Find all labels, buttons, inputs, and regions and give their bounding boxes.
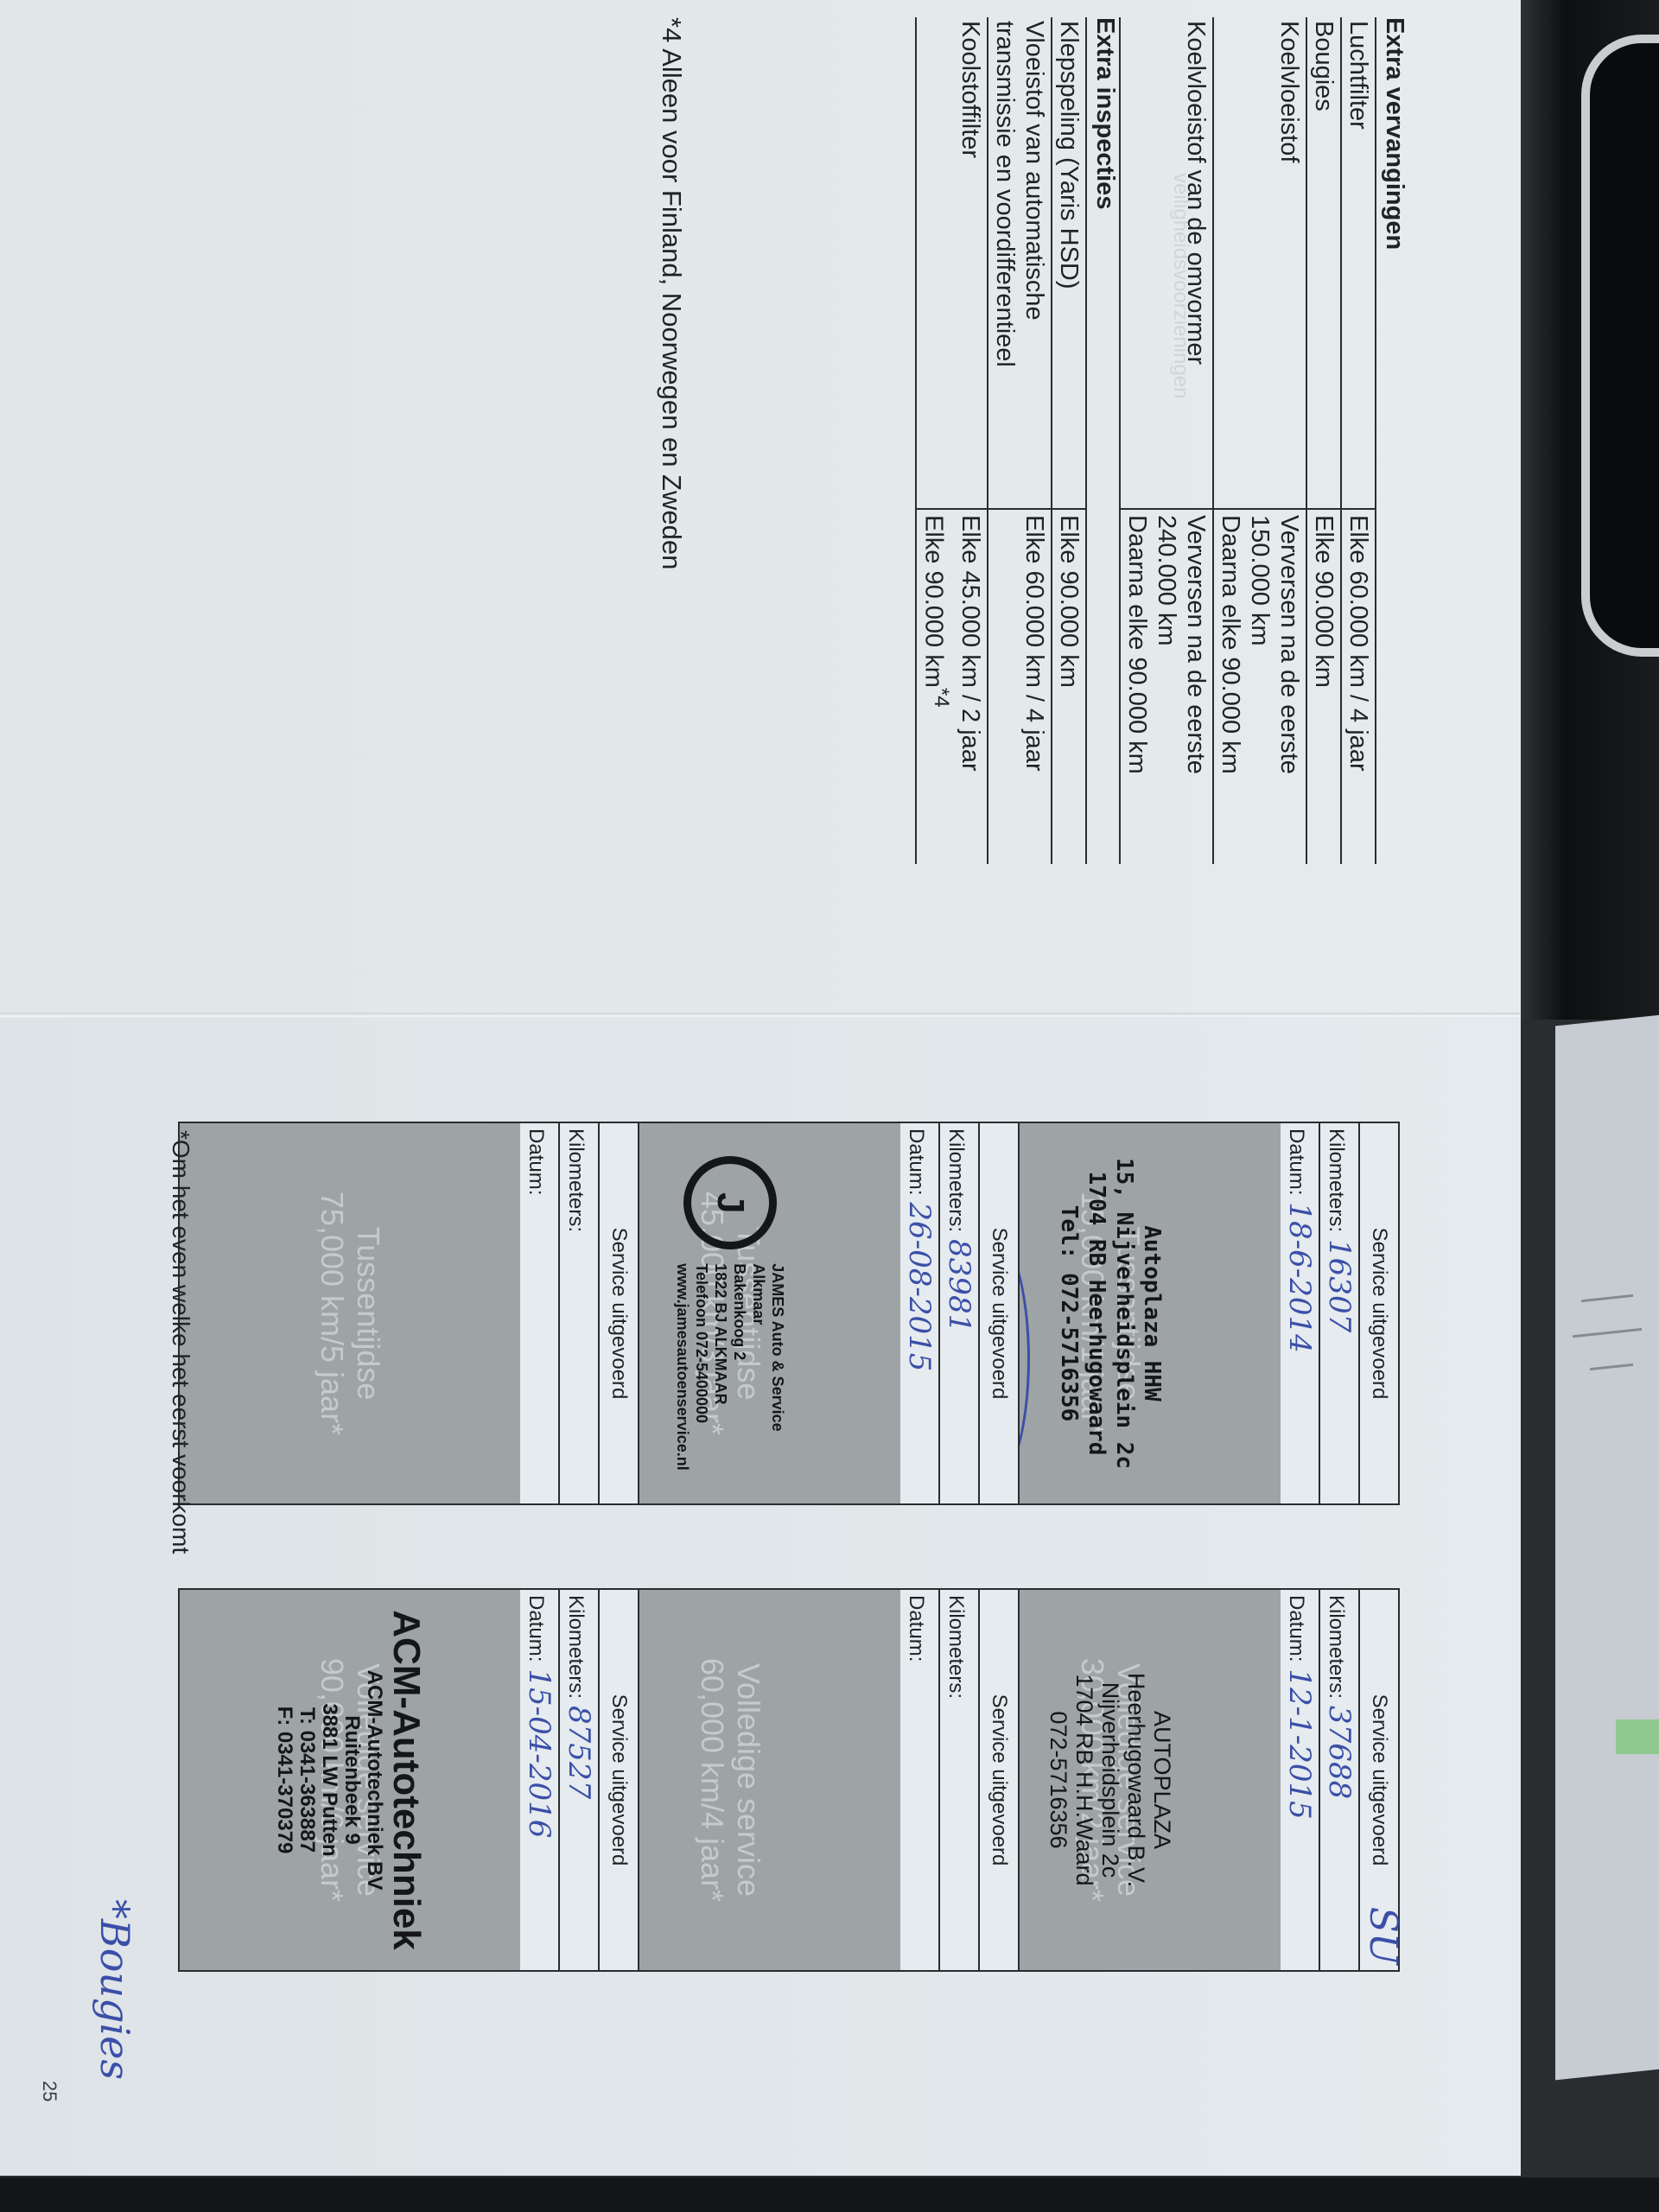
inspection-row: KoolstoffilterElke 45.000 km / 2 jaarElk… (915, 17, 988, 864)
item-name: Klepspeling (Yaris HSD) (1052, 17, 1085, 508)
kilometers-label: Kilometers: (564, 1595, 588, 1699)
date-label: Datum: (524, 1128, 548, 1195)
replacement-row: BougiesElke 90.000 km (1307, 17, 1342, 864)
item-name: Bougies (1307, 17, 1340, 508)
stamp-line: Ruitenbeek 9 (340, 1715, 363, 1844)
item-interval: Elke 90.000 km (1052, 508, 1085, 864)
stamp-line: Telefoon 072-5400000 (692, 1263, 711, 1470)
date-value: 18-6-2014 (1282, 1202, 1317, 1352)
stamp-line: T: 0341-363887 (296, 1707, 318, 1853)
dealer-logo-icon: J (683, 1156, 777, 1249)
kilometers-label: Kilometers: (1325, 1128, 1348, 1232)
date-field: Datum:26-08-2015 (899, 1123, 938, 1503)
service-record-box: Service uitgevoerdKilometers:Datum:Tusse… (178, 1122, 639, 1505)
date-value: 26-08-2015 (902, 1202, 937, 1371)
date-label: Datum: (524, 1595, 548, 1662)
item-interval: Verversen na de eerste 150.000 kmDaarna … (1214, 508, 1306, 864)
date-label: Datum: (905, 1595, 928, 1662)
item-interval: Elke 60.000 km / 4 jaar (988, 508, 1051, 864)
kilometers-label: Kilometers: (564, 1128, 588, 1232)
stamp-line: JAMES Auto & Service (768, 1263, 787, 1470)
kilometers-label: Kilometers: (1325, 1595, 1348, 1699)
service-header: Service uitgevoerd (598, 1590, 638, 1970)
kilometers-label: Kilometers: (944, 1595, 968, 1699)
date-field: Datum:12-1-2015 (1279, 1590, 1319, 1970)
date-label: Datum: (1285, 1595, 1308, 1662)
date-field: Datum: (899, 1590, 938, 1970)
interval-text: 60,000 km/4 jaar* (694, 1658, 730, 1902)
item-interval: Elke 60.000 km / 4 jaar (1342, 508, 1375, 864)
date-label: Datum: (1285, 1128, 1308, 1195)
service-booklet-spread: veiligheidsvoorzieningen Extra vervangin… (0, 0, 1659, 2212)
stamp-line: 1704 RB H.H.Waard (1071, 1674, 1097, 1885)
date-field: Datum:18-6-2014 (1279, 1123, 1319, 1503)
kilometers-field: Kilometers:16307 (1319, 1123, 1358, 1503)
stamp-line: Tel: 072-5716356 (1055, 1205, 1083, 1421)
stamp-line: AUTOPLAZA (1149, 1711, 1175, 1849)
replacement-row: LuchtfilterElke 60.000 km / 4 jaar (1342, 17, 1376, 864)
stamp-line: ACM-Autotechniek (385, 1610, 427, 1950)
service-record-box: Service uitgevoerdKilometers:87527Datum:… (178, 1588, 639, 1972)
printed-service-interval: Tussentijdse75,000 km/5 jaar* (180, 1123, 520, 1503)
kilometers-value: 16307 (1322, 1239, 1357, 1332)
kilometers-field: Kilometers: (558, 1123, 598, 1503)
stamp-line: 1704 RB Heerhugowaard (1083, 1172, 1110, 1456)
left-page: veiligheidsvoorzieningen Extra vervangin… (0, 0, 1521, 1015)
service-header: Service uitgevoerd (978, 1590, 1018, 1970)
kilometers-value: 83981 (942, 1239, 976, 1332)
stamp-line: Bakenkoog 2 (730, 1263, 749, 1470)
section-title-replacements: Extra vervangingen (1380, 17, 1408, 864)
item-name: Vloeistof van automatischetransmissie en… (988, 17, 1051, 508)
stamp-line: Alkmaar (749, 1263, 768, 1470)
kilometers-field: Kilometers: (938, 1590, 978, 1970)
item-interval: Elke 45.000 km / 2 jaarElke 90.000 km*4 (917, 508, 987, 864)
stamp-line: 1822 BJ ALKMAAR (711, 1263, 730, 1470)
handwritten-mark: SU (1361, 1907, 1405, 1965)
stamp-line: 072-5716356 (1046, 1711, 1071, 1848)
date-field: Datum:15-04-2016 (518, 1590, 558, 1970)
handwritten-bougies-note: *Bougies (92, 1899, 138, 2080)
maintenance-table: Extra vervangingen LuchtfilterElke 60.00… (915, 17, 1408, 864)
service-header: Service uitgevoerd (598, 1123, 638, 1503)
stamp-line: 15, Nijverheidsplein 2c (1110, 1158, 1138, 1469)
footnote-nordic: *4 Alleen voor Finland, Noorwegen en Zwe… (656, 17, 687, 569)
stamp-line: Heerhugowaard B.V. (1123, 1673, 1149, 1887)
kilometers-value: 37688 (1322, 1706, 1357, 1799)
date-label: Datum: (905, 1128, 928, 1195)
interval-text: Volledige service (730, 1663, 766, 1897)
replacement-row: Koelvloeistof van de omvormerVerversen n… (1119, 17, 1214, 864)
footnote-first-occurs: *Om het even welke het eerst voorkomt (167, 1018, 194, 1718)
right-page: Service uitgevoerdKilometers:16307Datum:… (0, 1018, 1521, 2176)
page-number: 25 (38, 2081, 60, 2101)
date-value: 15-04-2016 (522, 1669, 556, 1838)
kilometers-field: Kilometers:83981 (938, 1123, 978, 1503)
kilometers-label: Kilometers: (944, 1128, 968, 1232)
item-name: Koelvloeistof (1214, 17, 1306, 508)
stamp-line: Nijverheidsplein 2c (1097, 1682, 1123, 1878)
stamp-line: Autoplaza HHW (1138, 1225, 1166, 1402)
stamp-area: Tussentijdse75,000 km/5 jaar* (180, 1123, 520, 1503)
kilometers-field: Kilometers:37688 (1319, 1590, 1358, 1970)
item-name: Koolstoffilter (917, 17, 987, 508)
item-name: Luchtfilter (1342, 17, 1375, 508)
kilometers-field: Kilometers:87527 (558, 1590, 598, 1970)
stamp-line: 3881 LW Putten (318, 1703, 340, 1856)
inspection-row: Klepspeling (Yaris HSD)Elke 90.000 km (1052, 17, 1087, 864)
inspection-row: Vloeistof van automatischetransmissie en… (988, 17, 1052, 864)
stamp-line: www.jamesautoenservice.nl (673, 1263, 692, 1470)
interval-text: Tussentijdse (350, 1227, 386, 1401)
stamp-line: ACM-Autotechniek BV (363, 1670, 385, 1891)
replacement-row: KoelvloeistofVerversen na de eerste 150.… (1214, 17, 1307, 864)
date-value: 12-1-2015 (1282, 1669, 1317, 1819)
service-header: Service uitgevoerd (1358, 1123, 1398, 1503)
kilometers-value: 87527 (562, 1706, 596, 1799)
dealer-stamp: ACM-AutotechniekACM-Autotechniek BVRuite… (180, 1590, 520, 1970)
stamp-area: Volledige service90,000 km/6 jaar*ACM-Au… (180, 1590, 520, 1970)
service-header: Service uitgevoerd (978, 1123, 1018, 1503)
date-field: Datum: (518, 1123, 558, 1503)
item-interval: Verversen na de eerste 240.000 kmDaarna … (1121, 508, 1212, 864)
item-interval: Elke 90.000 km (1307, 508, 1340, 864)
stamp-line: F: 0341-370379 (273, 1707, 296, 1854)
section-title-inspections: Extra inspecties (1090, 17, 1119, 864)
interval-text: 75,000 km/5 jaar* (314, 1192, 350, 1435)
item-name: Koelvloeistof van de omvormer (1121, 17, 1212, 508)
